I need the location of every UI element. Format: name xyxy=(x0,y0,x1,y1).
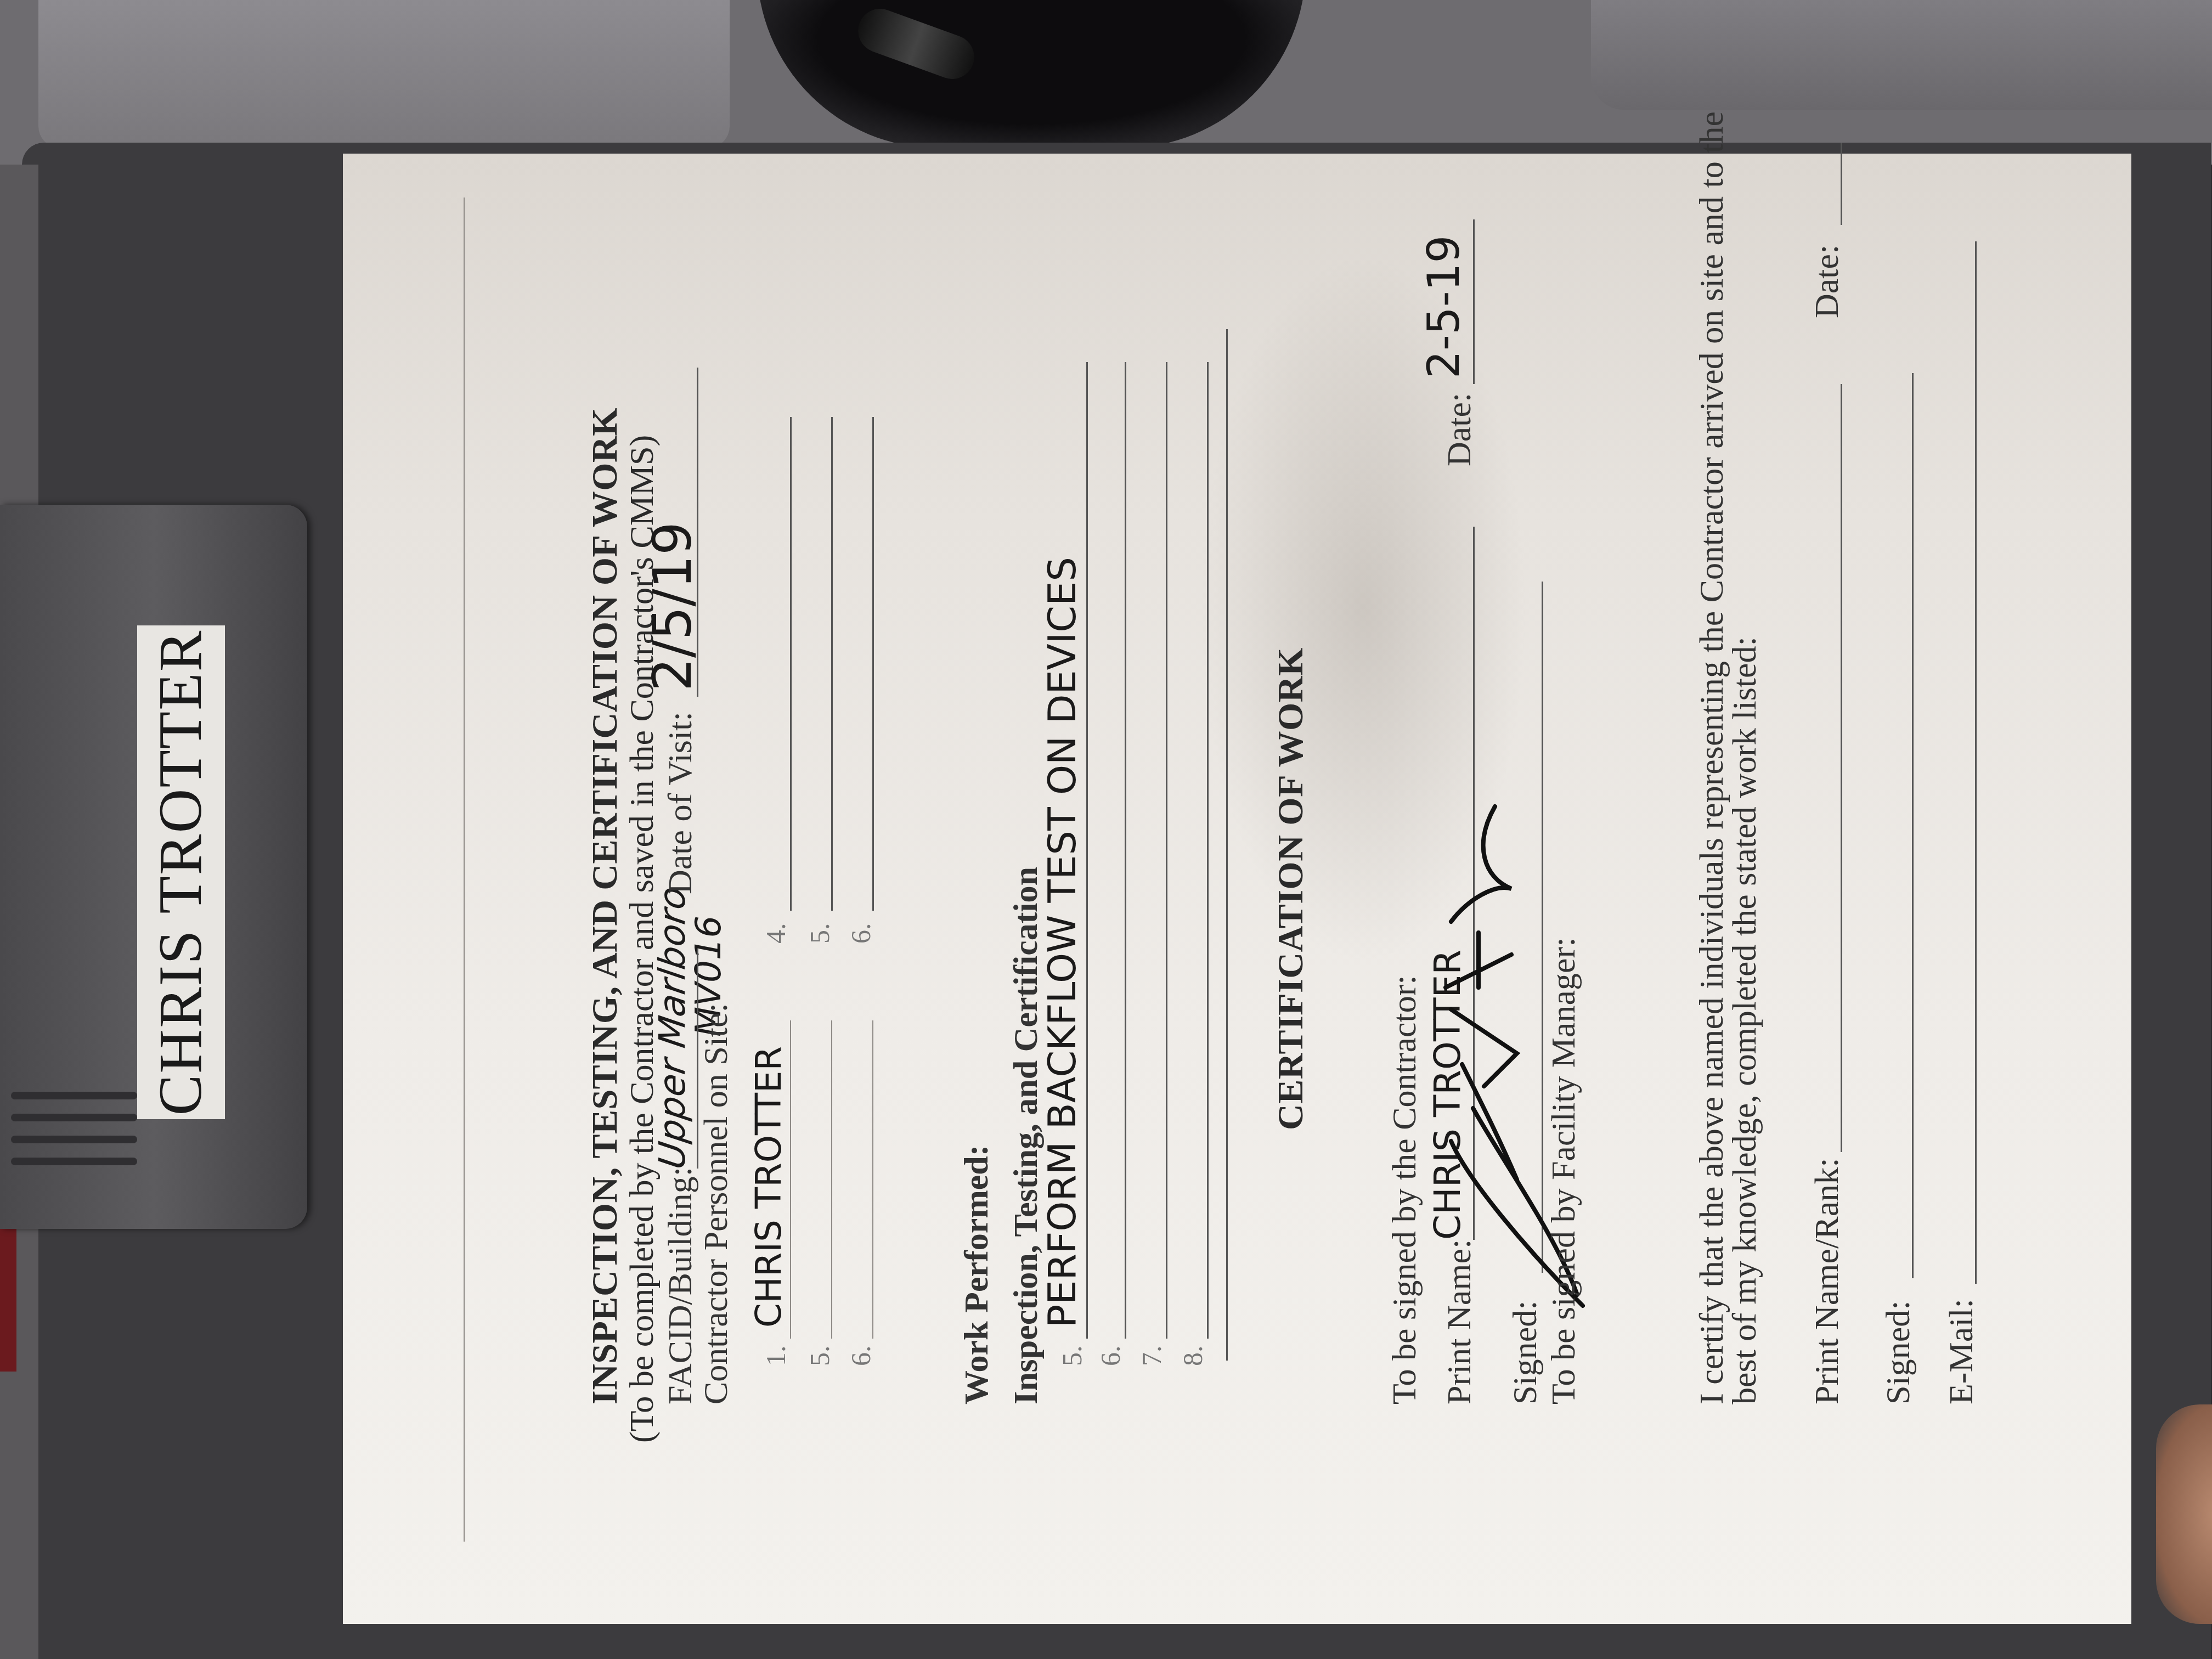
work-num-8: 8. xyxy=(1177,1346,1209,1367)
cup-holder xyxy=(757,0,1306,148)
work-num-5: 5. xyxy=(1056,1346,1088,1367)
facid-label: FACID/Building: xyxy=(661,1167,700,1404)
top-border-line xyxy=(464,198,465,1542)
red-object-edge xyxy=(0,1207,16,1372)
contractor-date-label: Date: xyxy=(1440,393,1479,466)
fm-print-name-line[interactable] xyxy=(1841,384,1842,1152)
clipboard-name-label: CHRIS TROTTER xyxy=(137,625,225,1119)
personnel-num-5b: 5. xyxy=(804,923,836,944)
fm-signed-label: Signed: xyxy=(1879,1301,1918,1404)
fm-email-label: E-Mail: xyxy=(1942,1299,1981,1404)
personnel-4-line[interactable] xyxy=(790,417,792,911)
work-num-7: 7. xyxy=(1136,1346,1167,1367)
facid-value[interactable]: Upper Marlboro xyxy=(651,884,693,1171)
work-performed-label: Work Performed: xyxy=(957,1145,996,1404)
personnel-1-line xyxy=(790,1020,791,1339)
form-paper: INSPECTION, TESTING, AND CERTIFICATION O… xyxy=(343,154,2131,1624)
section-divider xyxy=(1226,329,1228,1361)
date-of-visit-label: Date of Visit: xyxy=(661,712,700,894)
date-of-visit-underline xyxy=(697,368,698,697)
fm-intro: To be signed by Facility Manager: xyxy=(1544,938,1583,1404)
personnel-num-1: 1. xyxy=(760,1346,792,1367)
personnel-num-6b: 6. xyxy=(845,923,877,944)
personnel-5b-line[interactable] xyxy=(831,417,833,911)
form-title: INSPECTION, TESTING, AND CERTIFICATION O… xyxy=(584,408,626,1404)
tray-panel-left xyxy=(38,0,730,148)
work-item-7-line[interactable] xyxy=(1166,362,1167,1339)
fm-email-line[interactable] xyxy=(1975,241,1977,1284)
personnel-6b-line[interactable] xyxy=(872,417,874,911)
work-item-8-line[interactable] xyxy=(1207,362,1209,1339)
personnel-1-value[interactable]: CHRIS TROTTER xyxy=(749,1046,789,1328)
fm-date-label: Date: xyxy=(1808,245,1847,318)
personnel-label: Contractor Personnel on Site: xyxy=(697,1003,736,1404)
fm-print-name-label: Print Name/Rank: xyxy=(1808,1158,1847,1404)
contractor-date-line xyxy=(1473,219,1475,384)
work-num-6: 6. xyxy=(1094,1346,1126,1367)
fm-date-line[interactable] xyxy=(1841,143,1842,225)
personnel-5a-line[interactable] xyxy=(831,1020,832,1339)
clipboard-name-text: CHRIS TROTTER xyxy=(146,629,217,1115)
work-item-5-line xyxy=(1086,362,1088,1339)
personnel-num-4: 4. xyxy=(760,923,792,944)
personnel-6a-line[interactable] xyxy=(872,1020,873,1339)
background-scene-top xyxy=(0,0,2212,165)
fm-certify-line-2: best of my knowledge, completed the stat… xyxy=(1725,636,1764,1404)
certification-heading: CERTIFICATION OF WORK xyxy=(1270,647,1312,1130)
tray-panel-right xyxy=(1591,0,2212,110)
contractor-date-value[interactable]: 2-5-19 xyxy=(1418,235,1469,379)
personnel-num-5a: 5. xyxy=(804,1346,836,1367)
work-item-5-value[interactable]: PERFORM BACKFLOW TEST ON DEVICES xyxy=(1040,557,1085,1328)
thumb xyxy=(2156,1404,2212,1624)
personnel-num-6a: 6. xyxy=(845,1346,877,1367)
work-item-6-line[interactable] xyxy=(1125,362,1126,1339)
fm-signed-line[interactable] xyxy=(1912,373,1914,1278)
date-of-visit-value[interactable]: 2/5/19 xyxy=(642,522,703,691)
